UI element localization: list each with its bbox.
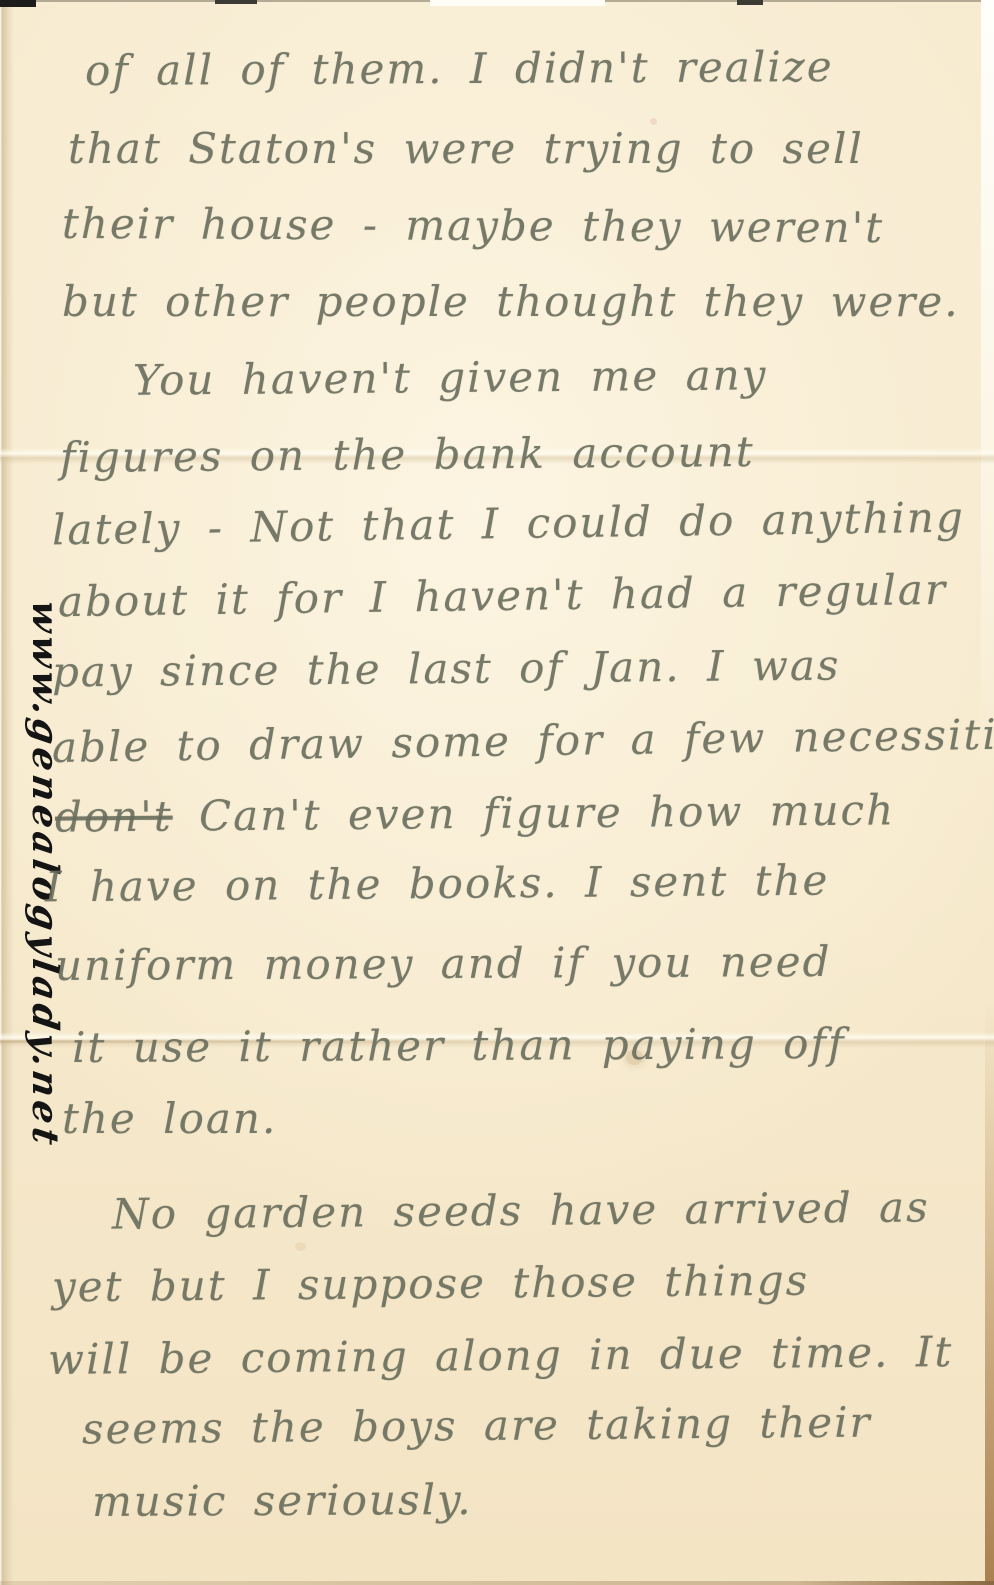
paper-edge-right-bottom xyxy=(985,1000,994,1585)
handwriting-line: their house - maybe they weren't xyxy=(62,199,884,252)
scan-edge-mark xyxy=(737,0,763,5)
handwriting-line: uniform money and if you need xyxy=(55,937,832,990)
paper-edge-bottom xyxy=(0,1581,994,1585)
scan-edge-highlight xyxy=(430,0,605,6)
paper-edge-left xyxy=(0,0,14,1585)
paper-stain xyxy=(295,1242,306,1251)
handwriting-line: that Staton's were trying to sell xyxy=(68,124,864,173)
handwriting-line: yet but I suppose those things xyxy=(52,1256,810,1312)
handwriting-line: of all of them. I didn't realize xyxy=(85,42,834,95)
scan-edge-mark xyxy=(0,0,36,7)
handwriting-line: able to draw some for a few necessities xyxy=(52,709,994,772)
struck-out-word: don't xyxy=(55,792,173,842)
handwriting-line: it use it rather than paying off xyxy=(72,1019,846,1072)
handwriting-line: music seriously. xyxy=(92,1475,473,1526)
handwriting-line: don't Can't even figure how much xyxy=(55,785,896,841)
paper-edge-right-top xyxy=(981,0,994,780)
handwriting-line: figures on the bank account xyxy=(60,427,755,482)
handwriting-line: but other people thought they were. xyxy=(62,277,960,326)
handwriting-line: seems the boys are taking their xyxy=(82,1398,872,1454)
scan-edge-mark xyxy=(215,0,257,4)
handwriting-line: You haven't given me any xyxy=(133,350,768,405)
handwriting-line: will be coming along in due time. It xyxy=(48,1327,954,1384)
handwriting-line: about it for I haven't had a regular xyxy=(58,565,948,626)
handwriting-line: lately - Not that I could do anything xyxy=(52,493,965,555)
handwriting-line: the loan. xyxy=(62,1094,277,1143)
handwriting-line: pay since the last of Jan. I was xyxy=(52,641,841,697)
handwriting-line: I have on the books. I sent the xyxy=(45,856,830,912)
letter-page: www.genealogylady.net of all of them. I … xyxy=(0,0,994,1585)
handwriting-line: No garden seeds have arrived as xyxy=(112,1182,930,1238)
